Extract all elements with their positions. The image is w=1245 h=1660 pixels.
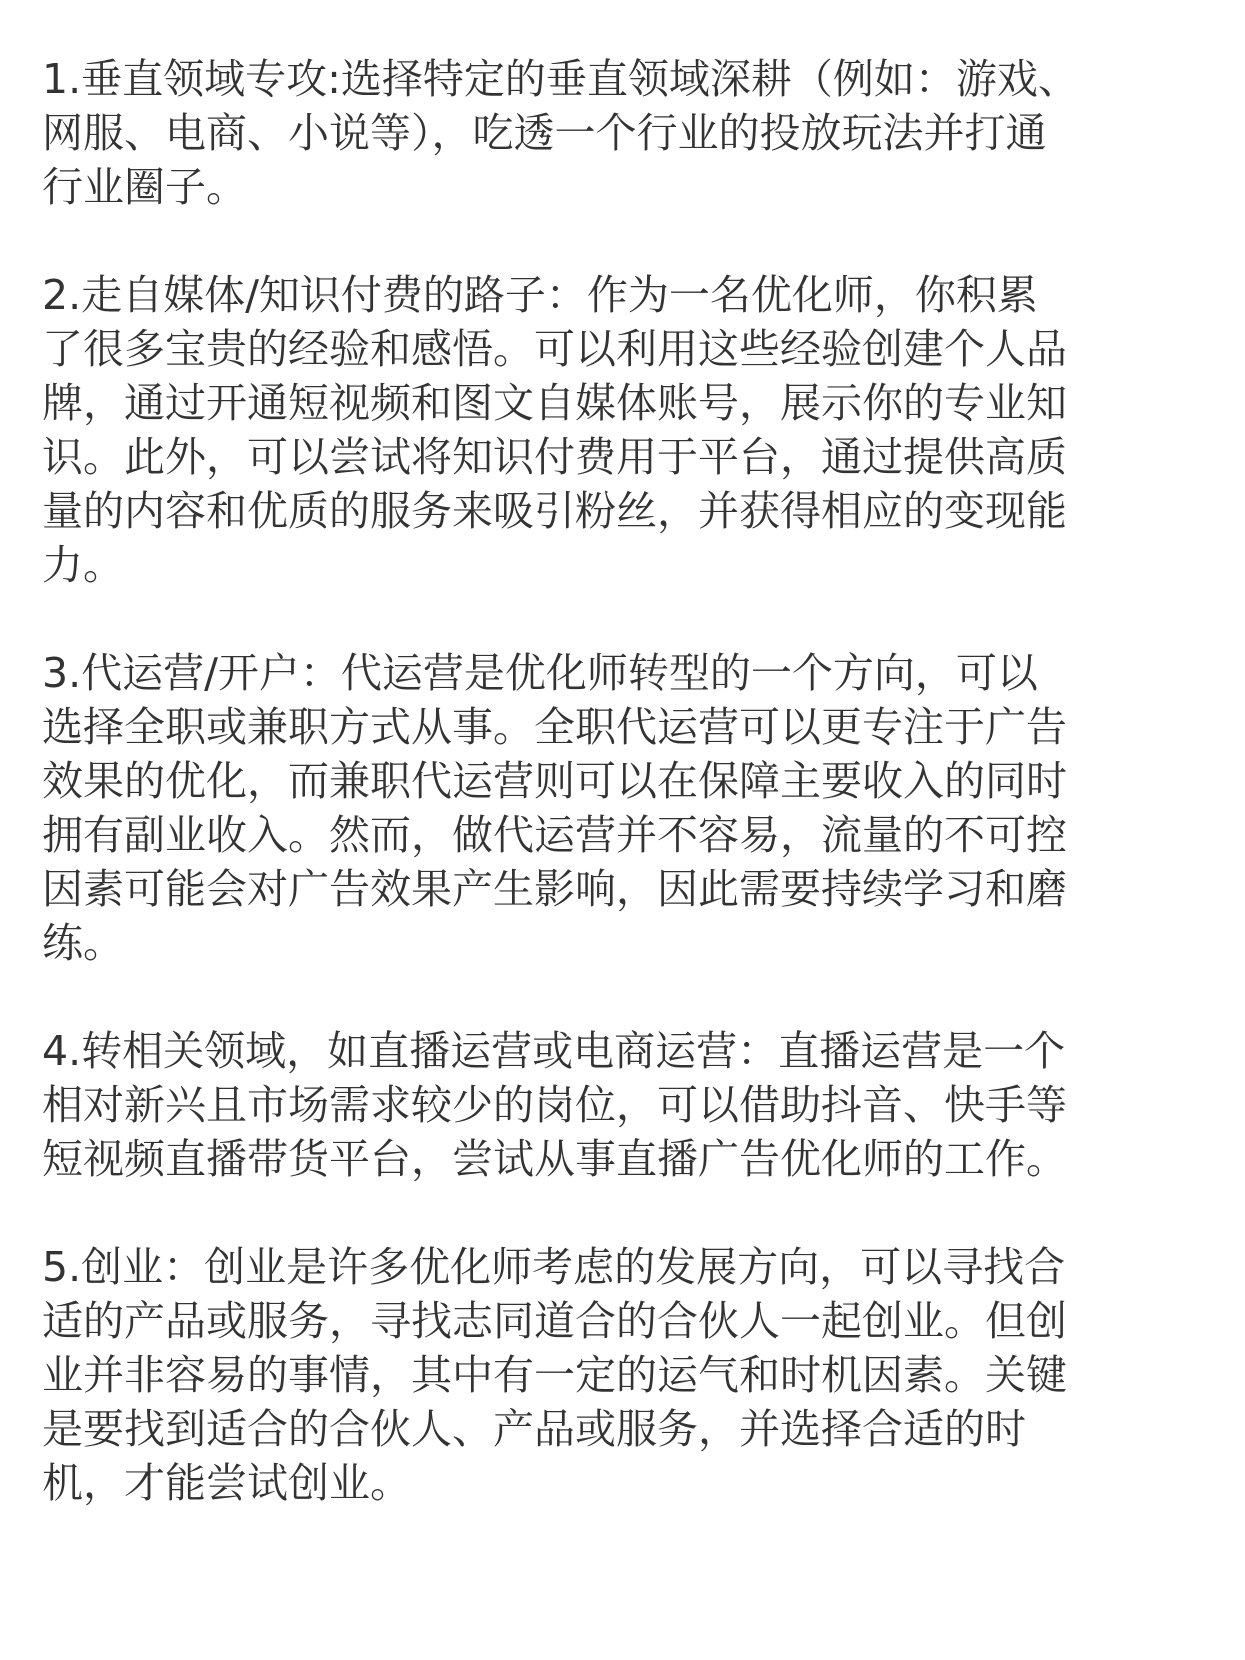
paragraph-1-vertical-domain: 1.垂直领域专攻:选择特定的垂直领域深耕（例如：游戏、 网服、电商、小说等），吃… xyxy=(42,52,1132,214)
paragraph-line: 练。 xyxy=(42,916,1132,970)
paragraph-line: 选择全职或兼职方式从事。全职代运营可以更专注于广告 xyxy=(42,700,1132,754)
paragraph-line: 识。此外，可以尝试将知识付费用于平台，通过提供高质 xyxy=(42,430,1132,484)
paragraph-line: 机，才能尝试创业。 xyxy=(42,1456,1132,1510)
paragraph-line: 牌，通过开通短视频和图文自媒体账号，展示你的专业知 xyxy=(42,376,1132,430)
paragraph-line: 效果的优化，而兼职代运营则可以在保障主要收入的同时 xyxy=(42,754,1132,808)
paragraph-line: 了很多宝贵的经验和感悟。可以利用这些经验创建个人品 xyxy=(42,322,1132,376)
paragraph-line: 5.创业：创业是许多优化师考虑的发展方向，可以寻找合 xyxy=(42,1240,1132,1294)
paragraph-5-entrepreneurship: 5.创业：创业是许多优化师考虑的发展方向，可以寻找合 适的产品或服务，寻找志同道… xyxy=(42,1240,1132,1510)
paragraph-2-self-media: 2.走自媒体/知识付费的路子：作为一名优化师，你积累 了很多宝贵的经验和感悟。可… xyxy=(42,268,1132,592)
paragraph-line: 1.垂直领域专攻:选择特定的垂直领域深耕（例如：游戏、 xyxy=(42,52,1132,106)
paragraph-line: 4.转相关领域，如直播运营或电商运营：直播运营是一个 xyxy=(42,1024,1132,1078)
paragraph-line: 业并非容易的事情，其中有一定的运气和时机因素。关键 xyxy=(42,1348,1132,1402)
paragraph-line: 网服、电商、小说等），吃透一个行业的投放玩法并打通 xyxy=(42,106,1132,160)
paragraph-4-related-fields: 4.转相关领域，如直播运营或电商运营：直播运营是一个 相对新兴且市场需求较少的岗… xyxy=(42,1024,1132,1186)
paragraph-line: 相对新兴且市场需求较少的岗位，可以借助抖音、快手等 xyxy=(42,1078,1132,1132)
paragraph-3-agency-operation: 3.代运营/开户：代运营是优化师转型的一个方向，可以 选择全职或兼职方式从事。全… xyxy=(42,646,1132,970)
paragraph-line: 3.代运营/开户：代运营是优化师转型的一个方向，可以 xyxy=(42,646,1132,700)
paragraph-line: 适的产品或服务，寻找志同道合的合伙人一起创业。但创 xyxy=(42,1294,1132,1348)
document-body: 1.垂直领域专攻:选择特定的垂直领域深耕（例如：游戏、 网服、电商、小说等），吃… xyxy=(42,52,1132,1564)
paragraph-line: 拥有副业收入。然而，做代运营并不容易，流量的不可控 xyxy=(42,808,1132,862)
paragraph-line: 量的内容和优质的服务来吸引粉丝，并获得相应的变现能 xyxy=(42,484,1132,538)
paragraph-line: 短视频直播带货平台，尝试从事直播广告优化师的工作。 xyxy=(42,1132,1132,1186)
paragraph-line: 是要找到适合的合伙人、产品或服务，并选择合适的时 xyxy=(42,1402,1132,1456)
paragraph-line: 力。 xyxy=(42,538,1132,592)
paragraph-line: 行业圈子。 xyxy=(42,160,1132,214)
paragraph-line: 2.走自媒体/知识付费的路子：作为一名优化师，你积累 xyxy=(42,268,1132,322)
paragraph-line: 因素可能会对广告效果产生影响，因此需要持续学习和磨 xyxy=(42,862,1132,916)
